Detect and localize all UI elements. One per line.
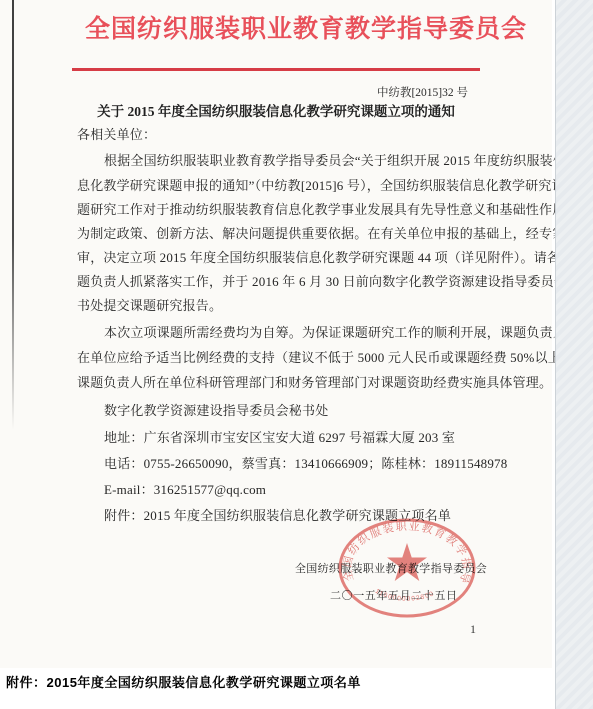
body-line: 题研究工作对于推动纺织服装教育信息化教学事业发展具有先导性意义和基础性作用，: [77, 199, 579, 218]
page-number: 1: [470, 622, 476, 637]
seal-serial-number: 1100000002800: [374, 588, 436, 603]
salutation: 各相关单位：: [77, 124, 156, 143]
body-line: 课题负责人所在单位科研管理部门和财务管理部门对课题资助经费实施具体管理。: [77, 372, 552, 391]
attachment-caption: 附件：2015年度全国纺织服装信息化教学研究课题立项名单: [6, 672, 361, 691]
contact-email: E-mail：316251577@qq.com: [104, 479, 266, 498]
body-line: 审，决定立项 2015 年度全国纺织服装信息化教学研究课题 44 项（详见附件）…: [77, 247, 573, 266]
secretariat-line: 数字化教学资源建设指导委员会秘书处: [104, 400, 328, 419]
document-page: 全国纺织服装职业教育教学指导委员会 中纺教[2015]32 号 关于 2015 …: [0, 0, 552, 668]
body-line: 根据全国纺织服装职业教育教学指导委员会“关于组织开展 2015 年度纺织服装信: [104, 150, 566, 169]
body-line: 题负责人抓紧落实工作，并于 2016 年 6 月 30 日前向数字化教学资源建设…: [77, 271, 580, 290]
body-line: 在单位应给予适当比例经费的支持（建议不低于 5000 元人民币或课题经费 50%…: [77, 347, 581, 366]
body-line: 书处提交课题研究报告。: [77, 295, 222, 314]
notice-title: 关于 2015 年度全国纺织服装信息化教学研究课题立项的通知: [0, 100, 552, 120]
svg-text:1100000002800: 1100000002800: [374, 588, 436, 603]
scan-artifact-line: [12, 0, 14, 430]
contact-address: 地址：广东省深圳市宝安区宝安大道 6297 号福霖大厦 203 室: [104, 427, 455, 446]
letterhead-rule: [72, 68, 480, 71]
body-line: 为制定政策、创新方法、解决问题提供重要依据。在有关单位申报的基础上，经专家评: [77, 223, 579, 242]
body-line: 本次立项课题所需经费均为自筹。为保证课题研究工作的顺利开展，课题负责人所: [104, 322, 579, 341]
letterhead-title: 全国纺织服装职业教育教学指导委员会: [85, 9, 525, 45]
contact-phone: 电话：0755-26650090，蔡雪真：13410666909；陈桂林：189…: [104, 453, 507, 472]
document-number: 中纺教[2015]32 号: [377, 84, 468, 100]
seal-star-icon: [387, 543, 427, 581]
scan-background-strip: [555, 0, 593, 709]
official-seal-stamp: 全国纺织服装职业教育教学指导委员会 1100000002800: [335, 516, 479, 620]
body-line: 息化教学研究课题申报的通知”（中纺教[2015]6 号），全国纺织服装信息化教学…: [77, 175, 565, 194]
